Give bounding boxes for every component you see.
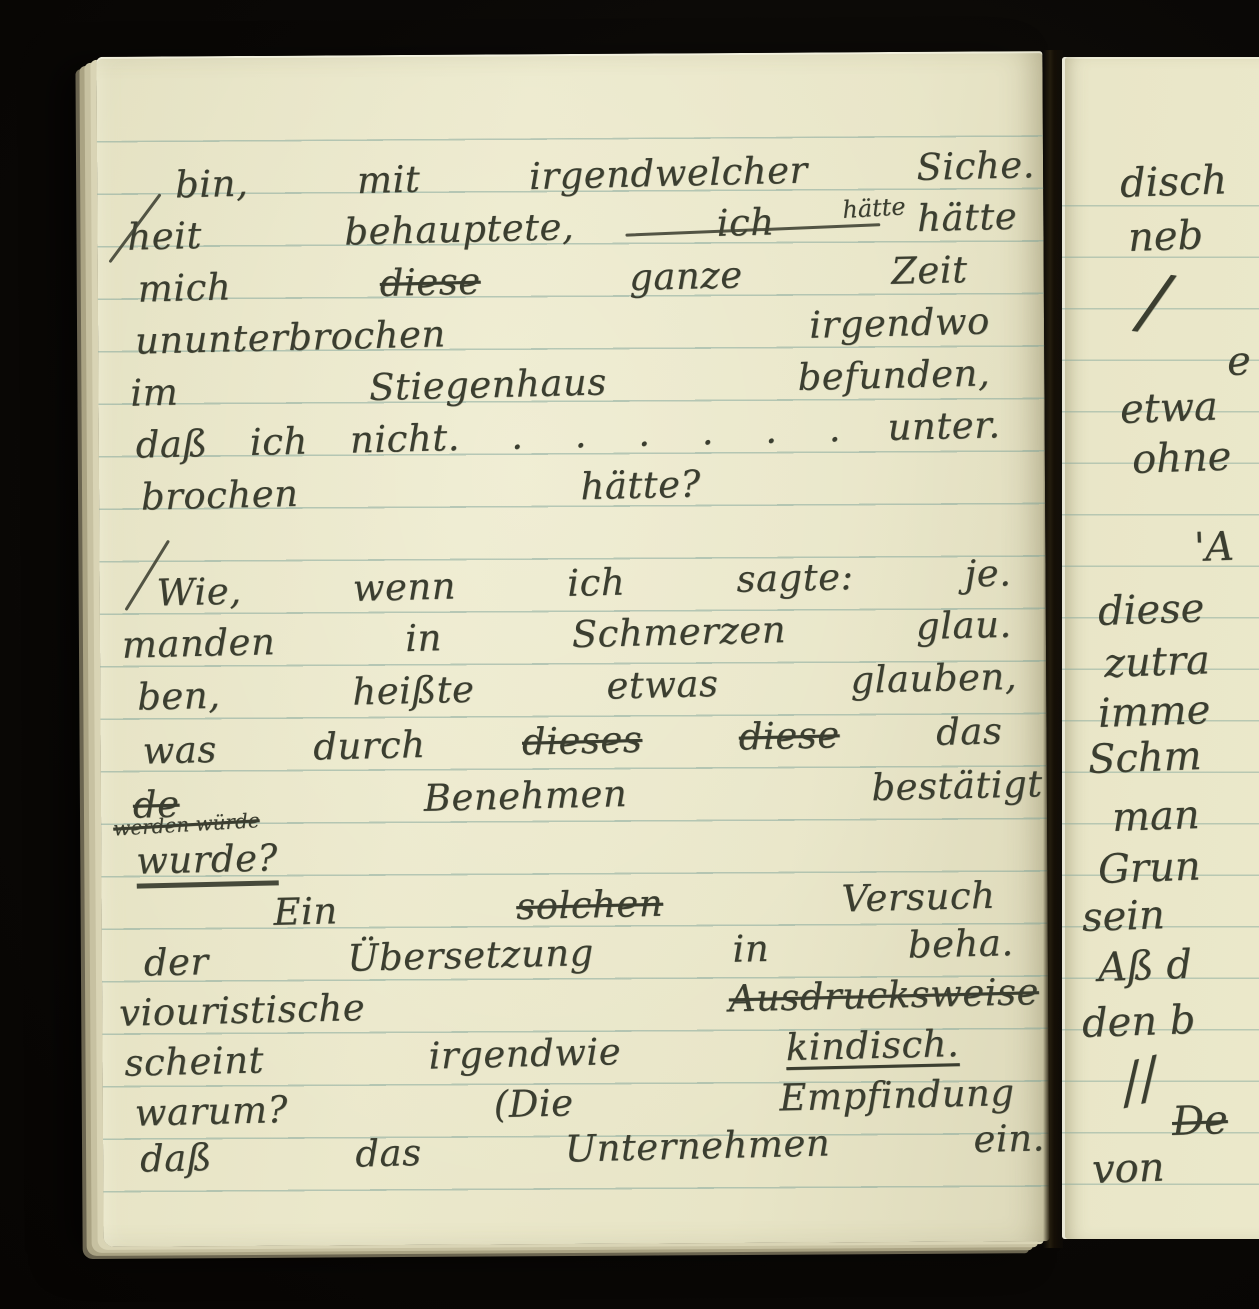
handwriting-segment: wurde? [136,836,279,888]
handwriting-segment: hätte [917,195,1018,240]
handwriting-segment: Ausdrucksweise [728,970,1039,1020]
handwriting-segment: diese [379,260,481,305]
handwriting-fragment: // [1114,1045,1165,1115]
handwriting-fragment: ohne [1131,434,1232,483]
left-page: bin, mit irgendwelcher Siche.heit behaup… [96,51,1049,1247]
handwriting-segment: brochen hätte? [140,462,701,518]
handwriting-segment: Benehmen bestätigt [179,762,1043,825]
handwriting-segment: ganze Zeit [480,248,968,302]
handwriting-fragment: 'A [1193,524,1234,571]
handwriting-fragment: neb [1127,212,1204,261]
handwriting-segment: daß ich nicht [135,416,448,466]
handwriting-segment: viouristische [119,977,730,1034]
handwriting-segment: . . . . . . . [447,407,846,459]
handwriting-fragment: De [1171,1097,1228,1145]
handwriting-fragment: diese [1097,585,1205,635]
right-page: dischneb/eetwaohne'AdiesezutraimmeSchmma… [1062,57,1259,1239]
handwriting-fragment: imme [1097,687,1211,737]
handwriting-fragment: man [1111,792,1200,841]
handwriting-segment: scheint irgendwie [124,1026,786,1085]
handwriting-segment: mich [137,262,380,311]
handwriting-segment: Versuch [663,874,996,925]
manuscript-line: brochen hätte? [140,461,701,520]
handwriting-segment: unter. [845,403,1001,450]
handwriting-fragment: den b [1081,997,1196,1047]
handwriting-segment: solchen [516,882,664,928]
left-page-strokes [96,51,1042,57]
handwriting-segment: kindisch. [785,1022,959,1069]
handwriting-fragment: disch [1119,157,1228,207]
handwriting-fragment: zutra [1103,637,1210,687]
handwriting-fragment: e [1226,338,1251,385]
handwriting-segment: das [839,709,1003,756]
left-page-insertions: hättewerden würde [96,51,1042,57]
handwriting-fragment: etwa [1119,384,1218,433]
handwriting-fragment: / [1136,257,1173,346]
binding-gutter [1043,50,1063,1248]
handwriting-fragment: von [1091,1144,1165,1193]
handwriting-segment: Ein [273,885,517,934]
handwriting-segment: dieses [521,718,642,764]
handwriting-segment: diese [738,713,840,758]
handwriting-segment [642,716,740,761]
handwriting-segment: was durch [142,721,522,773]
handwriting-fragment: Grun [1097,843,1201,893]
handwriting-fragment: Aß d [1097,942,1192,991]
handwriting-fragment: sein [1081,892,1165,941]
handwriting-fragment: Schm [1087,733,1202,783]
interlinear-insertion: hätte [842,192,907,224]
left-page-lines: bin, mit irgendwelcher Siche.heit behaup… [96,51,1042,57]
